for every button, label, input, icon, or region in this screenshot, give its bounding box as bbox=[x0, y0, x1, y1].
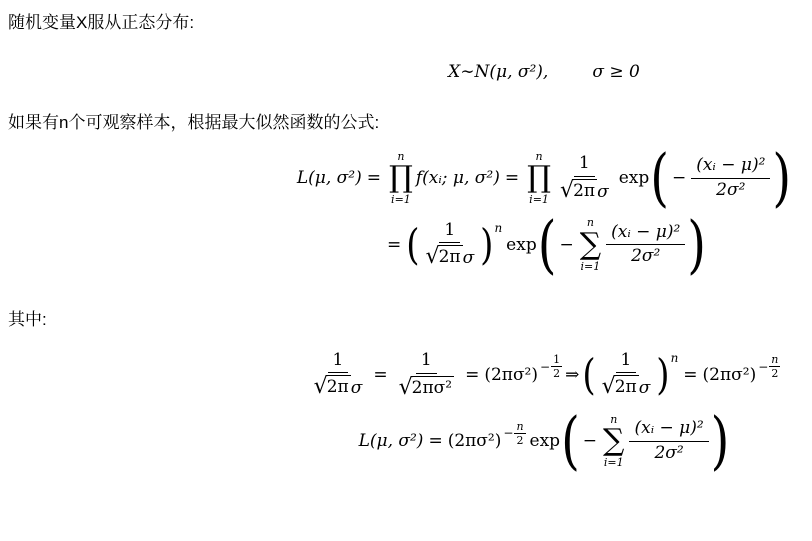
fraction-denominator: √ 2π σ bbox=[310, 373, 367, 399]
formula-line-norm-rewrite: 1 √ 2π σ = 1 √ 2πσ² = bbox=[274, 351, 812, 399]
right-paren: ) bbox=[772, 147, 791, 209]
fraction-numerator: (xᵢ − μ)² bbox=[691, 156, 770, 179]
exponent-fraction-denominator: 2 bbox=[771, 367, 778, 379]
right-paren: ) bbox=[656, 354, 669, 397]
sqrt-radical: √ 2πσ² bbox=[399, 376, 455, 398]
radicand: 2π bbox=[572, 179, 597, 201]
sigma-symbol: σ bbox=[639, 379, 651, 399]
document: 随机变量X服从正态分布: X∼N(μ, σ²), σ ≥ 0 如果有n个可观察样… bbox=[0, 0, 812, 469]
squared-deviation-fraction: (xᵢ − μ)² 2σ² bbox=[691, 156, 770, 200]
sum-symbol: ∑ bbox=[603, 426, 624, 456]
radicand: 2π bbox=[326, 375, 351, 397]
left-paren: ( bbox=[561, 410, 580, 472]
sqrt-radical: √ 2π bbox=[314, 375, 351, 397]
left-paren: ( bbox=[406, 223, 419, 266]
formula-normal-distribution: X∼N(μ, σ²), σ ≥ 0 bbox=[274, 62, 812, 82]
normal-dist-expression: X∼N(μ, σ²), bbox=[448, 62, 548, 82]
variance-norm-fraction: 1 √ 2πσ² bbox=[395, 351, 459, 398]
paragraph-intro: 随机变量X服从正态分布: bbox=[8, 12, 812, 34]
implies-arrow: ⇒ bbox=[565, 365, 579, 385]
fraction-numerator: 1 bbox=[574, 154, 595, 177]
paragraph-likelihood-intro: 如果有n个可观察样本，根据最大似然函数的公式: bbox=[8, 112, 812, 134]
fraction-numerator: 1 bbox=[416, 351, 437, 374]
fraction-numerator: 1 bbox=[439, 221, 460, 244]
likelihood-lhs: L(μ, σ²) bbox=[359, 431, 424, 451]
density-term: f(xᵢ; μ, σ²) bbox=[416, 168, 500, 188]
product-operator: n ∏ i=1 bbox=[389, 150, 413, 206]
squared-deviation-fraction: (xᵢ − μ)² 2σ² bbox=[629, 419, 708, 463]
power-base: (2πσ²) bbox=[703, 365, 757, 385]
paragraph-where: 其中: bbox=[8, 309, 812, 331]
right-paren: ) bbox=[480, 223, 493, 266]
exponent-fraction-denominator: 2 bbox=[553, 367, 560, 379]
exponent-fraction: n 2 bbox=[769, 354, 780, 379]
fraction-denominator: 2σ² bbox=[712, 179, 749, 201]
exp-function-label: exp bbox=[619, 168, 650, 188]
fraction-denominator: 2σ² bbox=[627, 245, 664, 267]
formula-line-normal: X∼N(μ, σ²), σ ≥ 0 bbox=[274, 62, 812, 82]
formula-derivation: 1 √ 2π σ = 1 √ 2πσ² = bbox=[274, 351, 812, 469]
formula-line-likelihood-final: L(μ, σ²) = (2πσ²) − n 2 exp ( − n ∑ i=1 … bbox=[274, 413, 812, 469]
equals-sign: = bbox=[373, 365, 387, 385]
exponent-minus-sign: − bbox=[503, 426, 513, 440]
left-paren: ( bbox=[538, 213, 557, 275]
gaussian-norm-fraction: 1 √ 2π σ bbox=[556, 154, 613, 202]
exponent-fraction-denominator: 2 bbox=[516, 434, 523, 446]
formula-line-likelihood-1: L(μ, σ²) = n ∏ i=1 f(xᵢ; μ, σ²) = n ∏ i=… bbox=[274, 150, 812, 206]
equals-sign: = bbox=[367, 168, 381, 188]
equals-sign: = bbox=[387, 235, 401, 255]
power-base: (2πσ²) bbox=[484, 365, 538, 385]
left-paren: ( bbox=[582, 354, 595, 397]
exponent-fraction-numerator: n bbox=[769, 354, 780, 367]
fraction-numerator: (xᵢ − μ)² bbox=[629, 419, 708, 442]
exponent-minus-sign: − bbox=[540, 360, 550, 374]
exponent-fraction: 1 2 bbox=[551, 354, 562, 379]
exponent-fraction-numerator: 1 bbox=[551, 354, 562, 367]
sqrt-radical: √ 2π bbox=[560, 179, 597, 201]
sigma-constraint: σ ≥ 0 bbox=[592, 62, 639, 82]
sum-lower-limit: i=1 bbox=[581, 260, 601, 273]
product-symbol: ∏ bbox=[527, 163, 551, 193]
sigma-symbol: σ bbox=[463, 249, 475, 269]
product-lower-limit: i=1 bbox=[391, 193, 411, 206]
fraction-denominator: √ 2πσ² bbox=[395, 374, 459, 398]
likelihood-lhs: L(μ, σ²) bbox=[297, 168, 362, 188]
equals-sign: = bbox=[683, 365, 697, 385]
right-paren: ) bbox=[711, 410, 730, 472]
fraction-denominator: 2σ² bbox=[650, 442, 687, 464]
exponent-minus-half: − 1 2 bbox=[540, 354, 562, 379]
exponent-fraction-numerator: n bbox=[514, 421, 525, 434]
product-operator: n ∏ i=1 bbox=[527, 150, 551, 206]
sum-operator: n ∑ i=1 bbox=[603, 413, 624, 469]
formula-line-likelihood-2: = ( 1 √ 2π σ ) n exp ( − n ∑ i=1 bbox=[274, 216, 812, 272]
equals-sign: = bbox=[465, 365, 479, 385]
minus-sign: − bbox=[672, 168, 686, 188]
sigma-symbol: σ bbox=[351, 379, 363, 399]
gaussian-norm-fraction: 1 √ 2π σ bbox=[310, 351, 367, 399]
exponent-minus-sign: − bbox=[758, 360, 768, 374]
fraction-denominator: √ 2π σ bbox=[598, 373, 655, 399]
sqrt-radical: √ 2π bbox=[425, 245, 462, 267]
squared-deviation-fraction: (xᵢ − μ)² 2σ² bbox=[606, 223, 685, 267]
fraction-denominator: √ 2π σ bbox=[421, 243, 478, 269]
exp-function-label: exp bbox=[530, 431, 561, 451]
product-symbol: ∏ bbox=[389, 163, 413, 193]
fraction-numerator: 1 bbox=[328, 351, 349, 374]
gaussian-norm-fraction: 1 √ 2π σ bbox=[421, 221, 478, 269]
minus-sign: − bbox=[559, 235, 573, 255]
radicand: 2π bbox=[614, 375, 639, 397]
minus-sign: − bbox=[583, 431, 597, 451]
exp-function-label: exp bbox=[506, 235, 537, 255]
gaussian-norm-fraction: 1 √ 2π σ bbox=[598, 351, 655, 399]
radicand: 2πσ² bbox=[411, 376, 454, 398]
radicand: 2π bbox=[438, 245, 463, 267]
power-base: (2πσ²) bbox=[448, 431, 502, 451]
equals-sign: = bbox=[428, 431, 442, 451]
exponent-minus-n-over-2: − n 2 bbox=[758, 354, 780, 379]
left-paren: ( bbox=[650, 147, 669, 209]
exponent-n: n bbox=[494, 221, 502, 235]
product-lower-limit: i=1 bbox=[529, 193, 549, 206]
right-paren: ) bbox=[687, 213, 706, 275]
sqrt-radical: √ 2π bbox=[602, 375, 639, 397]
fraction-denominator: √ 2π σ bbox=[556, 177, 613, 203]
sum-symbol: ∑ bbox=[580, 230, 601, 260]
fraction-numerator: 1 bbox=[616, 351, 637, 374]
exponent-fraction: n 2 bbox=[514, 421, 525, 446]
sum-operator: n ∑ i=1 bbox=[580, 216, 601, 272]
sigma-symbol: σ bbox=[597, 183, 609, 203]
formula-likelihood: L(μ, σ²) = n ∏ i=1 f(xᵢ; μ, σ²) = n ∏ i=… bbox=[274, 150, 812, 273]
exponent-n: n bbox=[671, 351, 679, 365]
fraction-numerator: (xᵢ − μ)² bbox=[606, 223, 685, 246]
exponent-minus-n-over-2: − n 2 bbox=[503, 421, 525, 446]
sum-lower-limit: i=1 bbox=[604, 456, 624, 469]
equals-sign: = bbox=[505, 168, 519, 188]
